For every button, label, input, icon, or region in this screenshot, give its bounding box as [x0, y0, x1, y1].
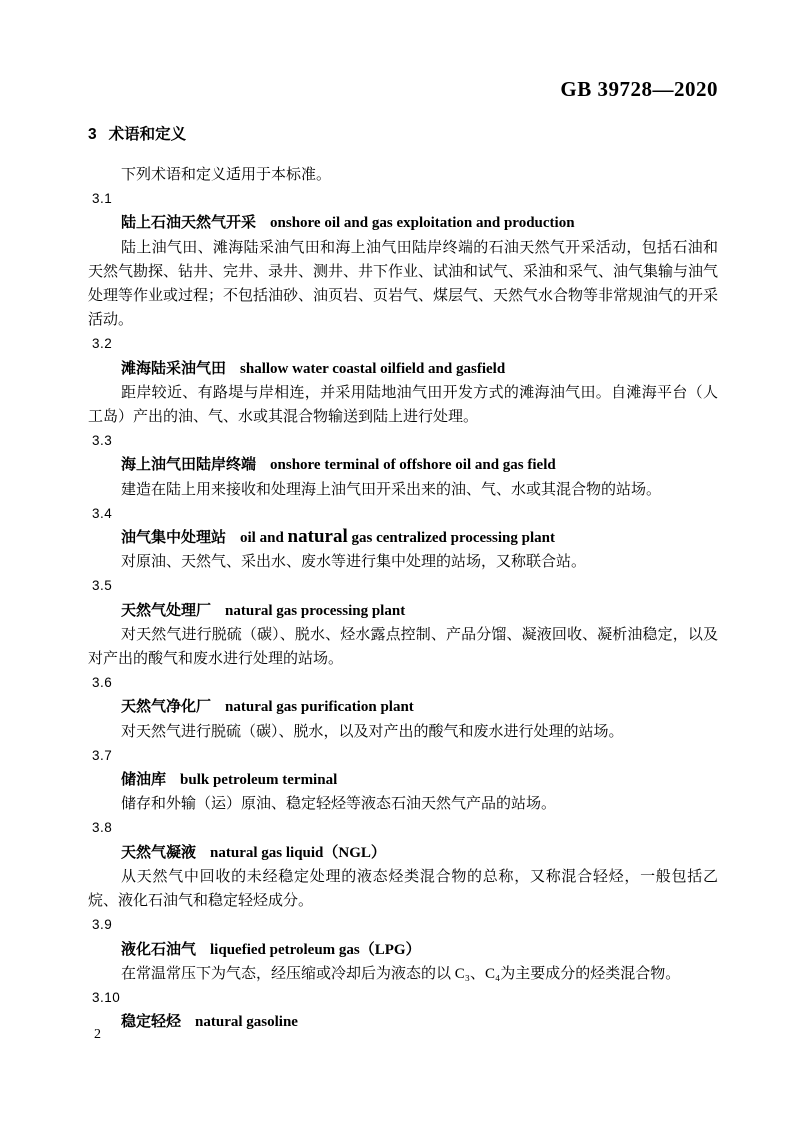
term-definition: 建造在陆上用来接收和处理海上油气田开采出来的油、气、水或其混合物的站场。	[88, 478, 718, 502]
term-zh: 天然气净化厂	[121, 698, 211, 715]
term-definition: 对原油、天然气、采出水、废水等进行集中处理的站场，又称联合站。	[88, 550, 718, 574]
term-en: onshore oil and gas exploitation and pro…	[270, 215, 575, 231]
term-heading: 天然气凝液natural gas liquid（NGL）	[88, 841, 718, 865]
term-en-emphasized-word: natural	[288, 526, 348, 547]
term-en-part: oil and	[240, 530, 288, 546]
clause-number: 3.2	[88, 332, 718, 356]
term-heading: 稳定轻烃natural gasoline	[88, 1010, 718, 1034]
intro-sentence: 下列术语和定义适用于本标准。	[88, 163, 718, 187]
term-en-part: gas centralized processing plant	[348, 530, 555, 546]
term-en: oil and natural gas centralized processi…	[240, 530, 555, 546]
term-zh: 陆上石油天然气开采	[121, 214, 256, 231]
clause-number: 3.5	[88, 574, 718, 598]
page-content: GB 39728—2020 3术语和定义 下列术语和定义适用于本标准。 3.1 …	[0, 0, 794, 1034]
term-heading: 油气集中处理站oil and natural gas centralized p…	[88, 526, 718, 550]
term-block-3-7: 3.7 储油库bulk petroleum terminal 储存和外输（运）原…	[88, 744, 718, 817]
clause-number: 3.4	[88, 502, 718, 526]
term-block-3-3: 3.3 海上油气田陆岸终端onshore terminal of offshor…	[88, 429, 718, 502]
section-heading: 3术语和定义	[88, 124, 718, 146]
term-heading: 海上油气田陆岸终端onshore terminal of offshore oi…	[88, 453, 718, 477]
term-definition: 在常温常压下为气态，经压缩或冷却后为液态的以 C₃、C₄为主要成分的烃类混合物。	[88, 962, 718, 986]
term-definition: 陆上油气田、滩海陆采油气田和海上油气田陆岸终端的石油天然气开采活动，包括石油和天…	[88, 236, 718, 333]
page-number: 2	[94, 1026, 101, 1044]
clause-number: 3.10	[88, 986, 718, 1010]
clause-number: 3.6	[88, 671, 718, 695]
term-zh: 稳定轻烃	[121, 1013, 181, 1030]
term-block-3-1: 3.1 陆上石油天然气开采onshore oil and gas exploit…	[88, 187, 718, 332]
term-en: onshore terminal of offshore oil and gas…	[270, 457, 556, 473]
term-block-3-6: 3.6 天然气净化厂natural gas purification plant…	[88, 671, 718, 744]
term-heading: 天然气处理厂natural gas processing plant	[88, 599, 718, 623]
term-heading: 滩海陆采油气田shallow water coastal oilfield an…	[88, 357, 718, 381]
term-zh: 天然气处理厂	[121, 602, 211, 619]
term-heading: 液化石油气liquefied petroleum gas（LPG）	[88, 938, 718, 962]
term-en: natural gas processing plant	[225, 603, 405, 619]
term-heading: 储油库bulk petroleum terminal	[88, 768, 718, 792]
term-zh: 天然气凝液	[121, 844, 196, 861]
term-zh: 海上油气田陆岸终端	[121, 456, 256, 473]
term-zh: 滩海陆采油气田	[121, 360, 226, 377]
clause-number: 3.9	[88, 913, 718, 937]
term-zh: 油气集中处理站	[121, 529, 226, 546]
term-en: shallow water coastal oilfield and gasfi…	[240, 361, 505, 377]
term-heading: 天然气净化厂natural gas purification plant	[88, 695, 718, 719]
clause-number: 3.7	[88, 744, 718, 768]
term-en: bulk petroleum terminal	[180, 772, 337, 788]
term-block-3-2: 3.2 滩海陆采油气田shallow water coastal oilfiel…	[88, 332, 718, 429]
term-block-3-10: 3.10 稳定轻烃natural gasoline	[88, 986, 718, 1034]
term-en: liquefied petroleum gas（LPG）	[210, 942, 421, 958]
term-en: natural gasoline	[195, 1014, 298, 1030]
term-definition: 从天然气中回收的未经稳定处理的液态烃类混合物的总称，又称混合轻烃，一般包括乙烷、…	[88, 865, 718, 913]
term-heading: 陆上石油天然气开采onshore oil and gas exploitatio…	[88, 211, 718, 235]
clause-number: 3.8	[88, 816, 718, 840]
term-block-3-8: 3.8 天然气凝液natural gas liquid（NGL） 从天然气中回收…	[88, 816, 718, 913]
term-block-3-9: 3.9 液化石油气liquefied petroleum gas（LPG） 在常…	[88, 913, 718, 986]
clause-number: 3.3	[88, 429, 718, 453]
term-zh: 液化石油气	[121, 941, 196, 958]
term-block-3-5: 3.5 天然气处理厂natural gas processing plant 对…	[88, 574, 718, 671]
term-en: natural gas purification plant	[225, 699, 414, 715]
term-definition: 对天然气进行脱硫（碳）、脱水，以及对产出的酸气和废水进行处理的站场。	[88, 720, 718, 744]
document-page: GB 39728—2020 3术语和定义 下列术语和定义适用于本标准。 3.1 …	[0, 0, 794, 1123]
section-number: 3	[88, 126, 97, 143]
clause-number: 3.1	[88, 187, 718, 211]
term-definition: 储存和外输（运）原油、稳定轻烃等液态石油天然气产品的站场。	[88, 792, 718, 816]
document-number: GB 39728—2020	[88, 78, 718, 100]
term-definition: 距岸较近、有路堤与岸相连，并采用陆地油气田开发方式的滩海油气田。自滩海平台（人工…	[88, 381, 718, 429]
term-block-3-4: 3.4 油气集中处理站oil and natural gas centraliz…	[88, 502, 718, 575]
term-en: natural gas liquid（NGL）	[210, 845, 386, 861]
section-title: 术语和定义	[109, 126, 187, 143]
term-zh: 储油库	[121, 771, 166, 788]
term-definition: 对天然气进行脱硫（碳）、脱水、烃水露点控制、产品分馏、凝液回收、凝析油稳定，以及…	[88, 623, 718, 671]
